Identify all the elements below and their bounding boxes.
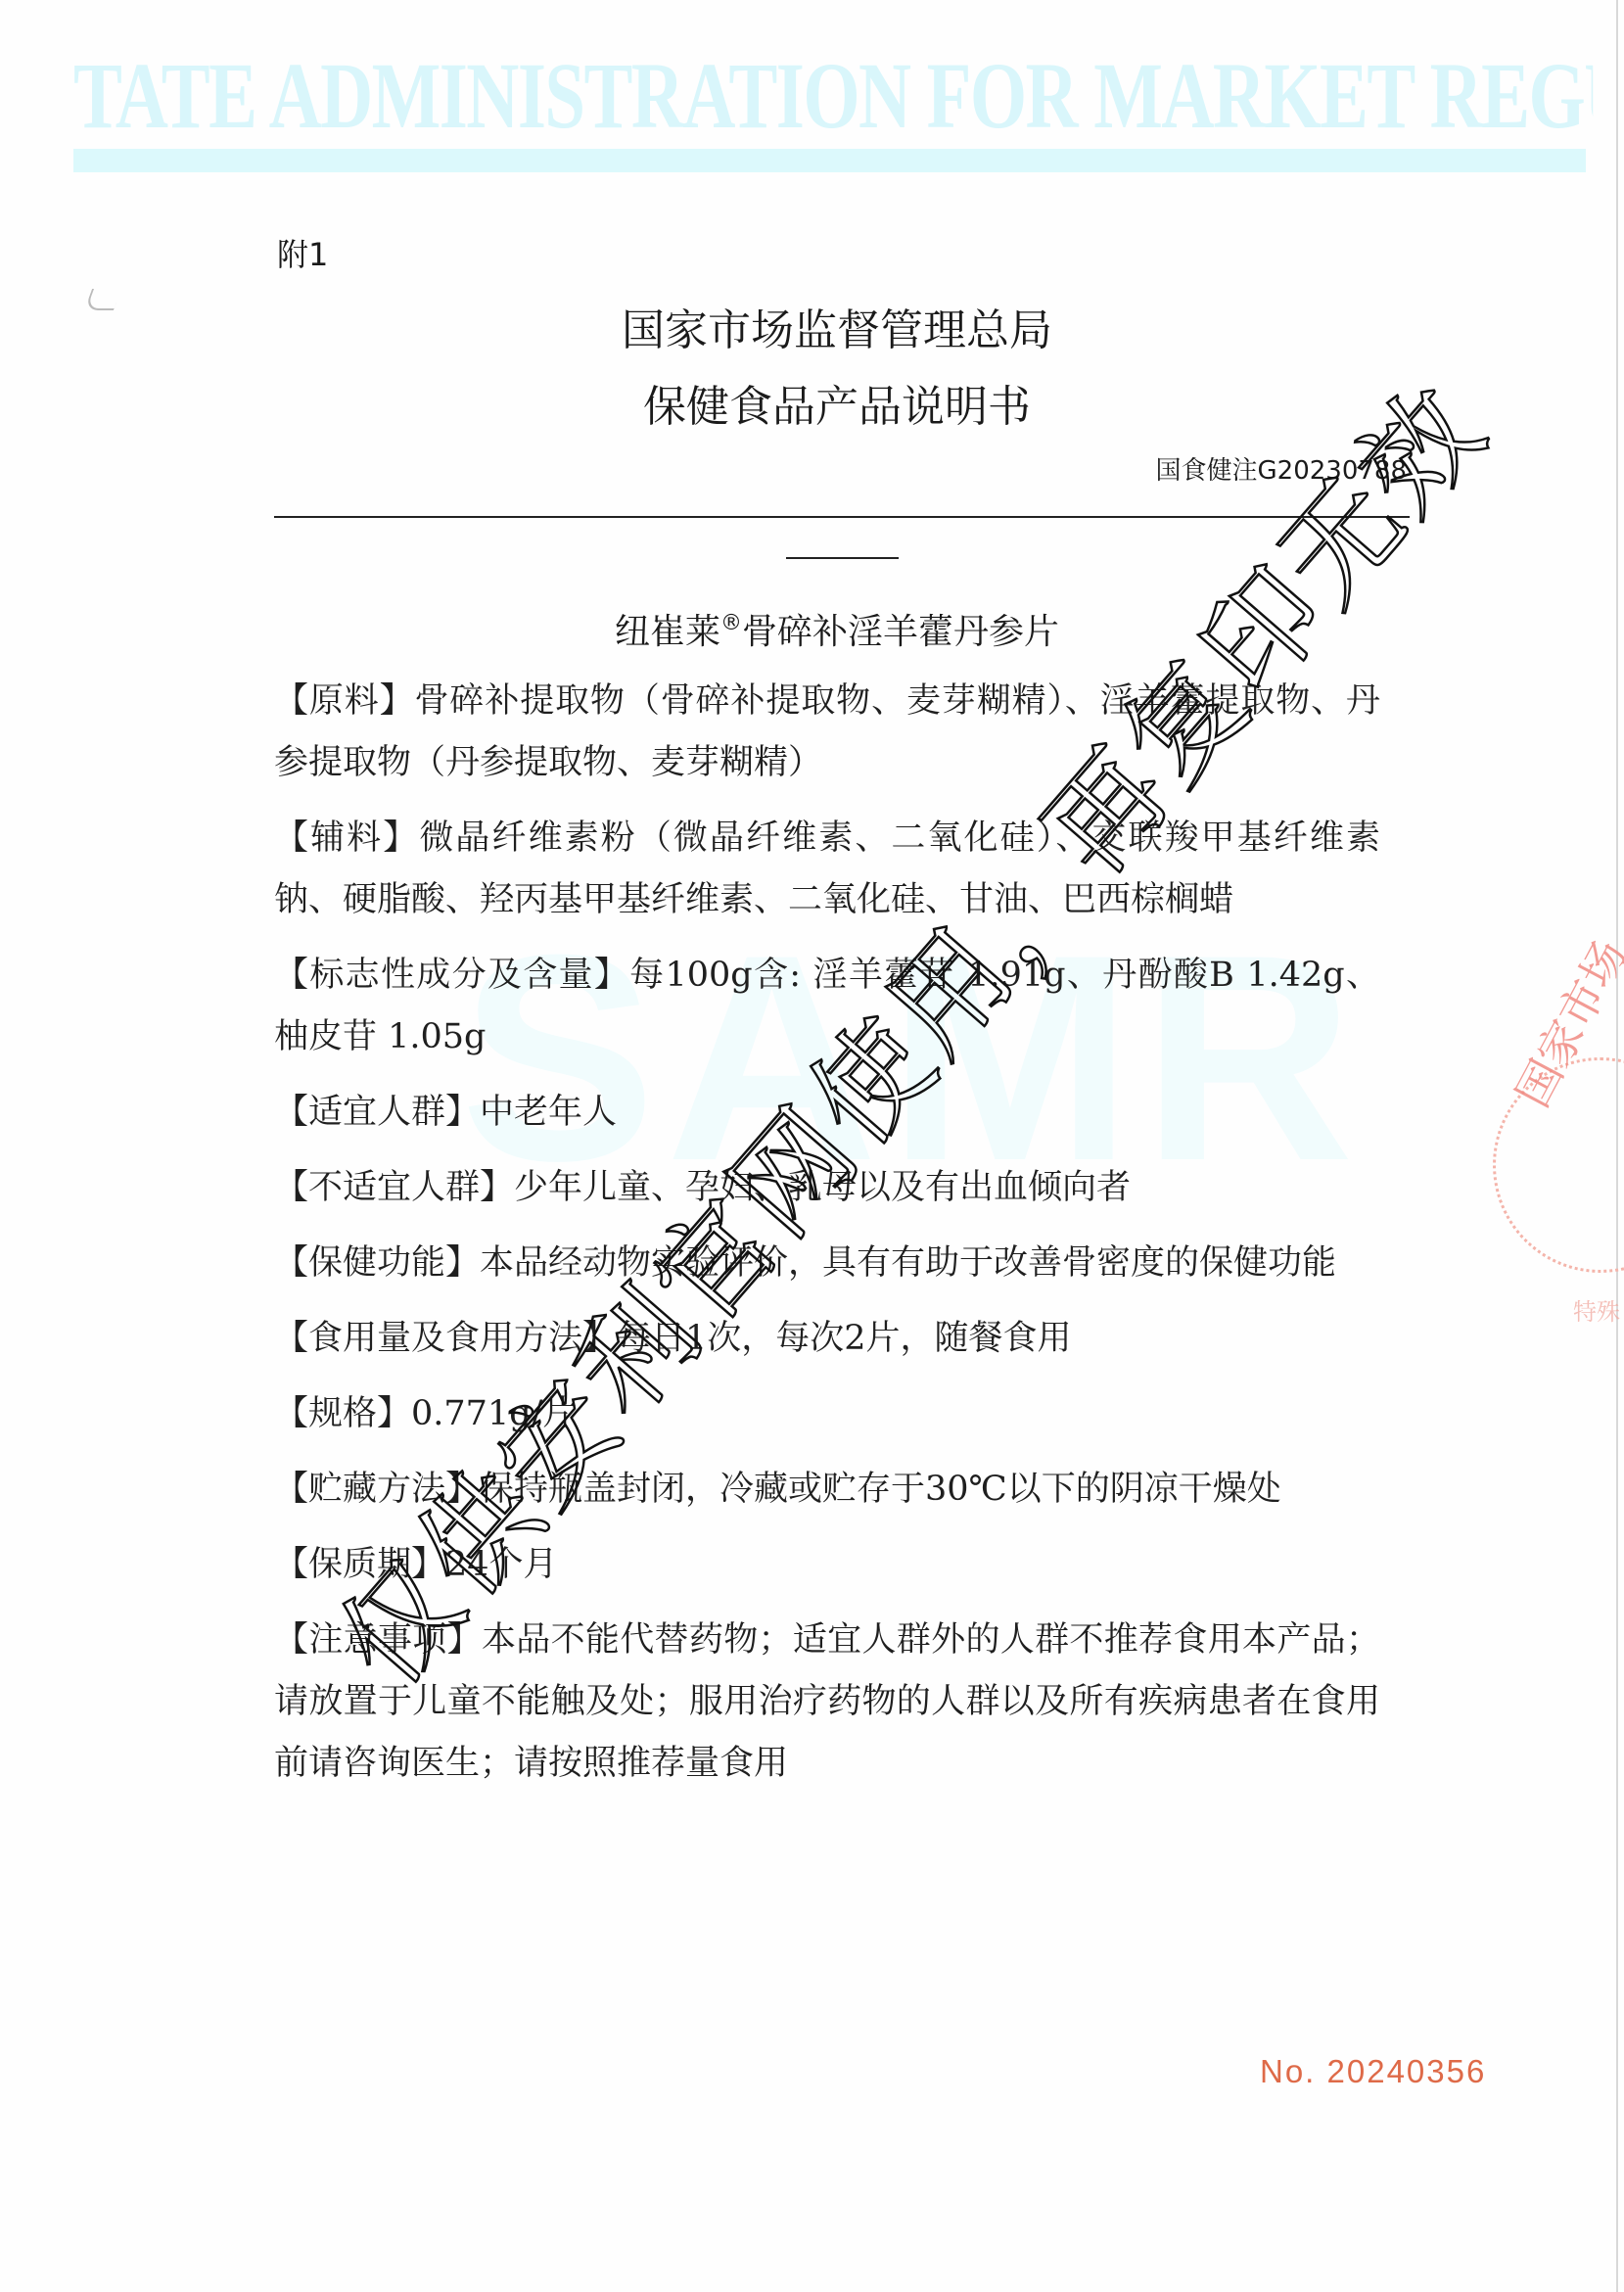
- section-label: 【原料】: [274, 681, 415, 721]
- annex-label: 附1: [277, 235, 328, 274]
- serial-number: No. 20240356: [1260, 2053, 1486, 2090]
- document-page: TATE ADMINISTRATION FOR MARKET REGULATIO…: [0, 0, 1624, 2292]
- section-text: 微晶纤维素粉（微晶纤维素、二氧化硅）、交联羧甲基纤维素钠、硬脂酸、羟丙基甲基纤维…: [274, 819, 1380, 919]
- section-label: 【标志性成分及含量】: [274, 956, 629, 995]
- registered-mark-icon: ®: [720, 611, 742, 635]
- short-divider: [786, 557, 899, 559]
- product-name-rest: 骨碎补淫羊藿丹参片: [742, 612, 1059, 652]
- section-label: 【规格】: [274, 1394, 411, 1433]
- header-banner-text: TATE ADMINISTRATION FOR MARKET REGULATIO…: [73, 49, 1593, 142]
- section-text: 中老年人: [480, 1093, 617, 1132]
- header-color-band: [73, 149, 1586, 172]
- agency-title: 国家市场监督管理总局: [0, 304, 1624, 358]
- section-excipients: 【辅料】微晶纤维素粉（微晶纤维素、二氧化硅）、交联羧甲基纤维素钠、硬脂酸、羟丙基…: [274, 808, 1380, 931]
- section-label: 【适宜人群】: [274, 1093, 480, 1132]
- section-label: 【辅料】: [274, 819, 419, 858]
- section-dosage: 【食用量及食用方法】每日1次，每次2片，随餐食用: [274, 1308, 1380, 1370]
- section-label: 【不适宜人群】: [274, 1168, 514, 1207]
- seal-signature: 特殊: [1573, 1292, 1620, 1327]
- product-brand: 纽崔莱: [615, 612, 720, 652]
- section-label: 【保健功能】: [274, 1243, 480, 1283]
